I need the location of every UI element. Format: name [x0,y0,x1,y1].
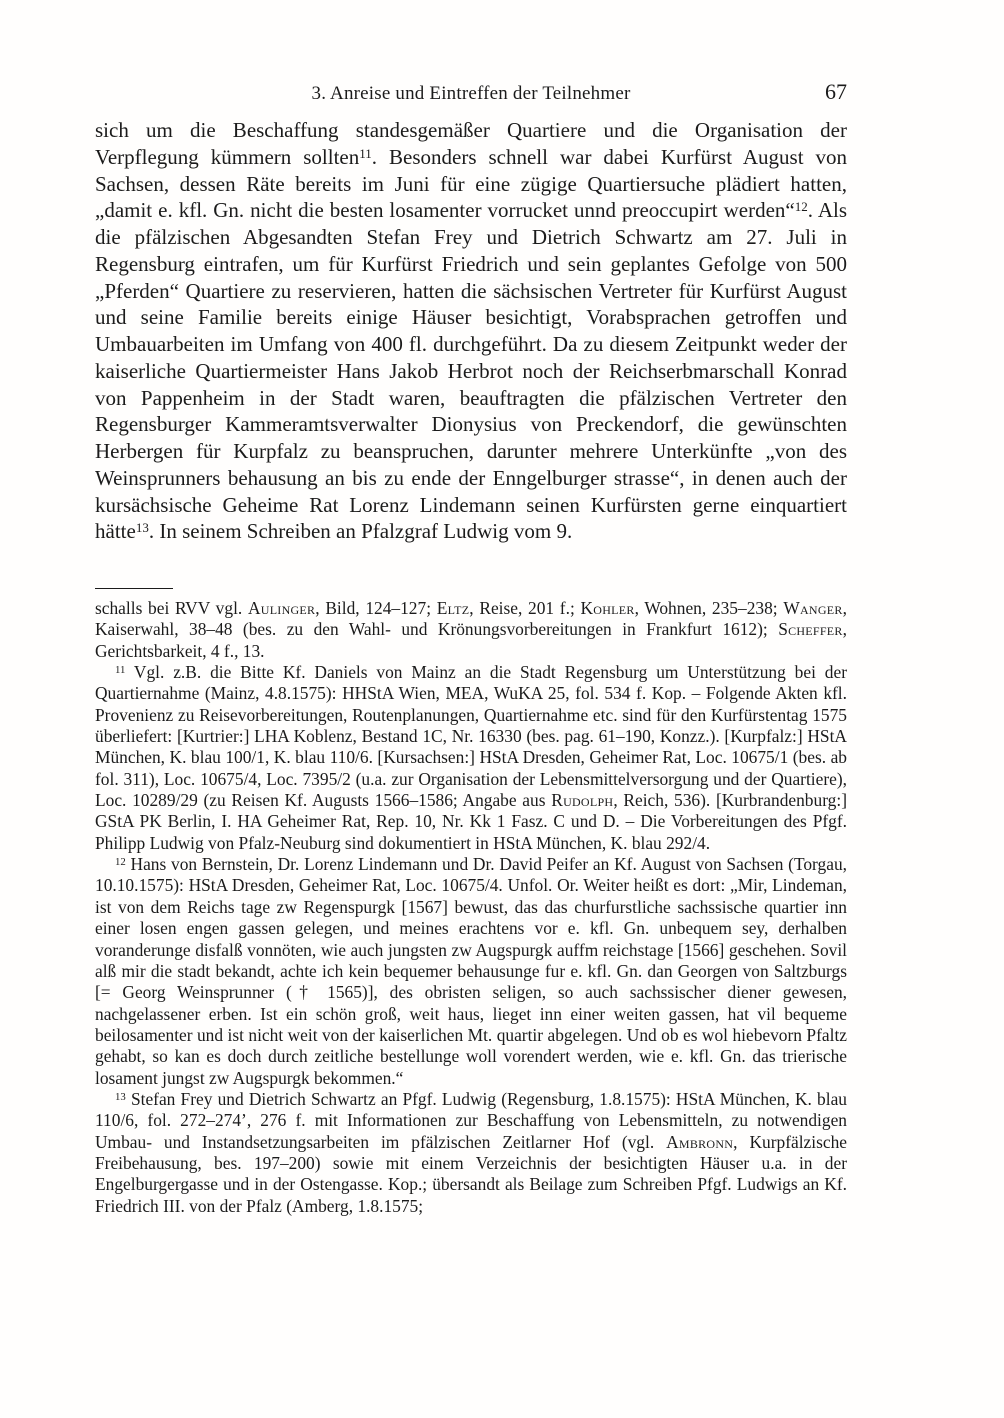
text-run: . In seinem Schreiben an Pfalzgraf Ludwi… [149,519,572,543]
text-run: Vgl. z.B. die Bitte Kf. Daniels von Main… [95,662,847,810]
body-text-block: sich um die Beschaffung standesgemäßer Q… [95,117,847,545]
author-name-smallcaps: Ambronn [666,1132,733,1152]
footnote-separator-rule [95,588,173,589]
footnote-12: 12 Hans von Bernstein, Dr. Lorenz Lindem… [95,854,847,1089]
footnote-11: 11 Vgl. z.B. die Bitte Kf. Daniels von M… [95,662,847,854]
page-header: 3. Anreise und Eintreffen der Teilnehmer… [95,82,847,108]
text-run: , Reise, 201 f.; [469,598,580,618]
footnotes-section: schalls bei RVV vgl. Aulinger, Bild, 124… [95,598,847,1217]
book-page: 3. Anreise und Eintreffen der Teilnehmer… [0,0,1004,1418]
author-name-smallcaps: Rudolph [551,790,613,810]
footnote-reference: 12 [795,199,808,214]
page-number: 67 [825,79,847,105]
text-run: schalls bei RVV vgl. [95,598,248,618]
footnote-carryover: schalls bei RVV vgl. Aulinger, Bild, 124… [95,598,847,662]
footnote-reference: 11 [359,146,372,161]
footnote-reference: 13 [136,520,149,535]
text-run: Hans von Bernstein, Dr. Lorenz Lindemann… [95,854,847,1087]
author-name-smallcaps: Kohler [580,598,634,618]
text-run: , Wohnen, 235–238; [635,598,784,618]
author-name-smallcaps: Wanger [783,598,842,618]
text-run: . Als die pfälzischen Abgesandten Stefan… [95,198,847,543]
running-header-title: 3. Anreise und Eintreffen der Teilnehmer [95,82,847,106]
footnote-reference: 11 [115,664,125,676]
body-paragraph: sich um die Beschaffung standesgemäßer Q… [95,117,847,545]
text-run: , Bild, 124–127; [315,598,436,618]
footnote-13: 13 Stefan Frey und Dietrich Schwartz an … [95,1089,847,1217]
author-name-smallcaps: Scheffer [778,619,842,639]
footnote-reference: 13 [115,1091,126,1103]
author-name-smallcaps: Aulinger [248,598,315,618]
footnote-reference: 12 [115,856,126,868]
author-name-smallcaps: Eltz [437,598,470,618]
